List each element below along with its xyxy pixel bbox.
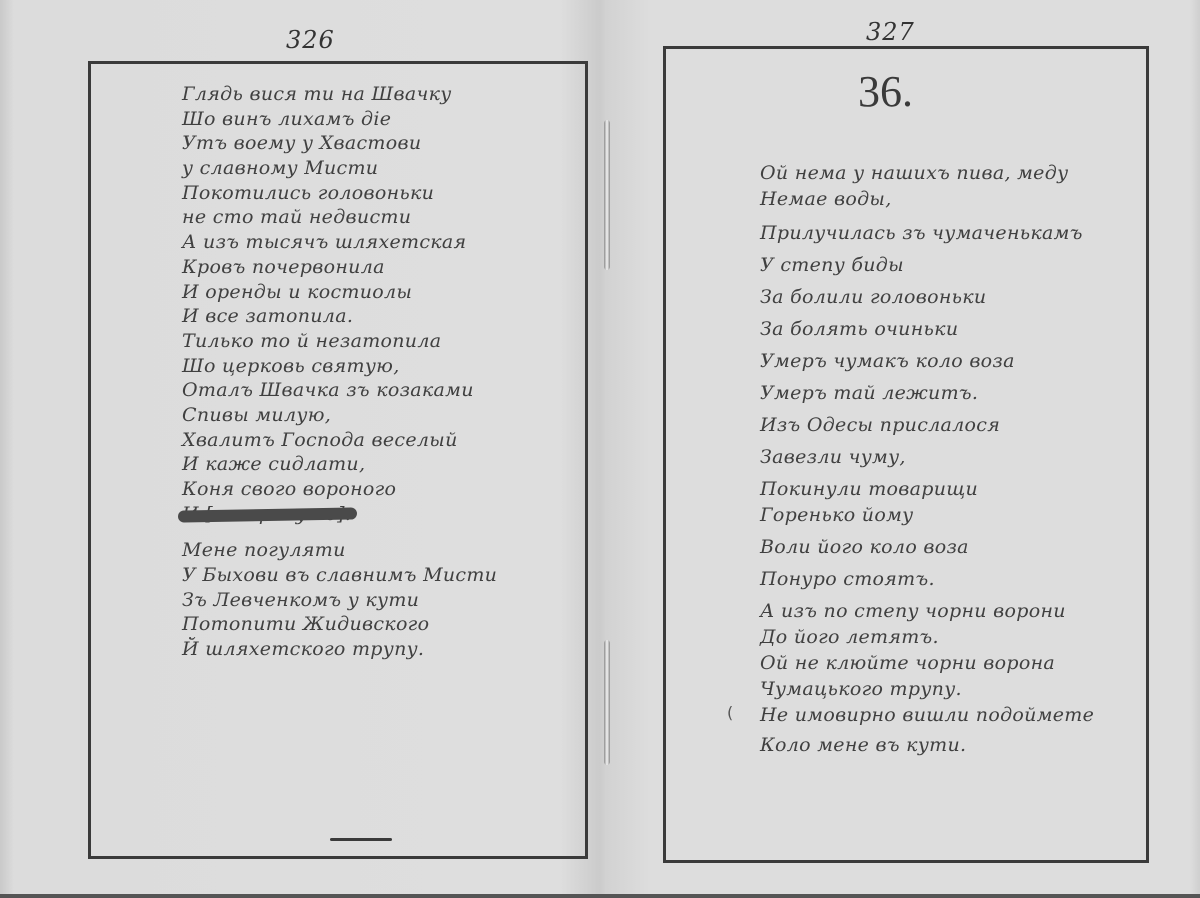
text-line: У степу биды (760, 252, 1094, 278)
text-line: Ой нема у нашихъ пива, меду (760, 160, 1094, 186)
page-bottom-edge (0, 894, 1200, 898)
text-line: Умеръ чумакъ коло воза (760, 348, 1094, 374)
text-line: А изъ по степу чорни ворони (760, 598, 1094, 624)
text-line: Прилучилась зъ чумаченькамъ (760, 220, 1094, 246)
text-line: И каже сидлати, (182, 452, 497, 477)
gutter-stitch-top (604, 120, 610, 270)
text-line: Глядь вися ти на Швачку (182, 82, 497, 107)
text-line: у славному Мисти (182, 156, 497, 181)
left-page-lines: Глядь вися ти на Швачку Шо винъ лихамъ д… (182, 82, 497, 662)
right-page-lines: Ой нема у нашихъ пива, меду Немае воды, … (760, 160, 1094, 758)
text-line: Умеръ тай лежитъ. (760, 380, 1094, 406)
text-line: Спивы милую, (182, 403, 497, 428)
text-line: Зъ Левченкомъ у кути (182, 588, 497, 613)
struck-through-text: И [зачеркнуто]. (182, 502, 351, 527)
text-line: Утъ воему у Хвастови (182, 131, 497, 156)
text-line: Оталъ Швачка зъ козаками (182, 378, 497, 403)
text-line: Покотились головоньки (182, 181, 497, 206)
song-number: 36. (858, 66, 913, 117)
end-flourish-mark (330, 838, 392, 841)
text-line: Ой не клюйте чорни ворона (760, 650, 1094, 676)
text-line: Чумацького трупу. (760, 676, 1094, 702)
text-line: Й шляхетского трупу. (182, 637, 497, 662)
gutter-stitch-bottom (604, 640, 610, 765)
text-line: Воли його коло воза (760, 534, 1094, 560)
text-line: Коло мене въ кути. (760, 732, 1094, 758)
text-line: За болили головоньки (760, 284, 1094, 310)
margin-mark: ( (727, 703, 733, 722)
text-line: Горенько йому (760, 502, 1094, 528)
text-line: Не имовирно вишли подоймете (760, 702, 1094, 728)
text-line: До його летятъ. (760, 624, 1094, 650)
right-page-number: 327 (866, 18, 915, 46)
text-line: Мене погуляти (182, 538, 497, 563)
text-line: И все затопила. (182, 304, 497, 329)
text-line: Изъ Одесы прислалося (760, 412, 1094, 438)
text-line: Кровъ почервонила (182, 255, 497, 280)
text-line: Потопити Жидивского (182, 612, 497, 637)
text-line: Хвалитъ Господа веселый (182, 428, 497, 453)
text-line: За болять очиньки (760, 316, 1094, 342)
text-line: не сто тай недвисти (182, 205, 497, 230)
text-line: И оренды и костиолы (182, 280, 497, 305)
text-line: Завезли чуму, (760, 444, 1094, 470)
text-line: Понуро стоятъ. (760, 566, 1094, 592)
text-line: Коня свого вороного (182, 477, 497, 502)
text-line: Покинули товарищи (760, 476, 1094, 502)
text-line: Тилько то й незатопила (182, 329, 497, 354)
text-line: Шо церковь святую, (182, 354, 497, 379)
book-spread: 326 Глядь вися ти на Швачку Шо винъ лиха… (0, 0, 1200, 898)
text-line: А изъ тысячъ шляхетская (182, 230, 497, 255)
left-page-number: 326 (286, 26, 335, 54)
struck-text-line: И [зачеркнуто]. (182, 502, 497, 527)
text-line: У Быхови въ славнимъ Мисти (182, 563, 497, 588)
text-line: Шо винъ лихамъ діе (182, 107, 497, 132)
text-line: Немае воды, (760, 186, 1094, 212)
